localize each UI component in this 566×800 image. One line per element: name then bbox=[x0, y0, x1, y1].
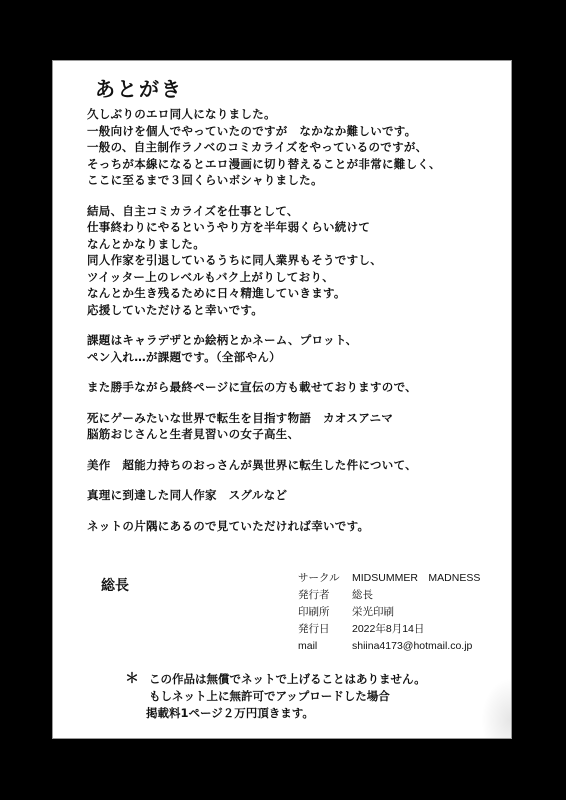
colophon-label: 発行者 bbox=[298, 587, 352, 604]
page-title: あとがき bbox=[95, 76, 183, 102]
notice-indent bbox=[125, 688, 149, 705]
text-line: ネットの片隅にあるので見ていただければ幸いです。 bbox=[87, 518, 507, 535]
afterword-page: あとがき 久しぶりのエロ同人になりました。 一般向けを個人でやっていたのですが … bbox=[52, 60, 512, 739]
paragraph-promo-mimasaka: 美作 超能力持ちのおっさんが異世界に転生した件について、 bbox=[87, 457, 507, 474]
text-line: 課題はキャラデザとか絵柄とかネーム、プロット、 bbox=[87, 332, 507, 349]
colophon-value: 栄光印刷 bbox=[352, 604, 394, 621]
paragraph-promo-suguru: 真理に到達した同人作家 スグルなど bbox=[87, 487, 507, 504]
author-signature: 総長 bbox=[101, 575, 129, 595]
colophon-email: shiina4173@hotmail.co.jp bbox=[352, 638, 472, 655]
notice-line: この作品は無償でネットで上げることはありません。 bbox=[149, 671, 426, 688]
text-line: 一般の、自主制作ラノベのコミカライズをやっているのですが、 bbox=[87, 139, 507, 156]
paragraph-promo-intro: また勝手ながら最終ページに宣伝の方も載せておりますので、 bbox=[87, 379, 507, 396]
paragraph-progress: 結局、自主コミカライズを仕事として、 仕事終わりにやるというやり方を半年弱くらい… bbox=[87, 203, 507, 319]
colophon-row-printer: 印刷所 栄光印刷 bbox=[298, 604, 480, 621]
text-line: 応援していただけると幸いです。 bbox=[87, 302, 507, 319]
text-line: また勝手ながら最終ページに宣伝の方も載せておりますので、 bbox=[87, 379, 507, 396]
text-line: 久しぶりのエロ同人になりました。 bbox=[87, 106, 507, 123]
colophon-value: MIDSUMMER MADNESS bbox=[352, 570, 480, 587]
text-line: 真理に到達した同人作家 スグルなど bbox=[87, 487, 507, 504]
colophon-row-date: 発行日 2022年8月14日 bbox=[298, 621, 480, 638]
paragraph-intro: 久しぶりのエロ同人になりました。 一般向けを個人でやっていたのですが なかなか難… bbox=[87, 106, 507, 189]
page-curl-shadow bbox=[481, 678, 511, 738]
notice-line: 掲載料1ページ２万円頂きます。 bbox=[146, 705, 314, 722]
text-line: 同人作家を引退しているうちに同人業界もそうですし、 bbox=[87, 252, 507, 269]
text-line: ペン入れ…が課題です。（全部やん） bbox=[87, 349, 507, 366]
colophon-row-mail: mail shiina4173@hotmail.co.jp bbox=[298, 638, 480, 655]
text-line: ここに至るまで３回くらいボシャりました。 bbox=[87, 172, 507, 189]
notice-row: 掲載料1ページ２万円頂きます。 bbox=[125, 705, 426, 722]
paragraph-promo-chaos-anima: 死にゲーみたいな世界で転生を目指す物語 カオスアニマ 脳筋おじさんと生者見習いの… bbox=[87, 410, 507, 443]
text-line: 脳筋おじさんと生者見習いの女子高生、 bbox=[87, 426, 507, 443]
paragraph-challenges: 課題はキャラデザとか絵柄とかネーム、プロット、 ペン入れ…が課題です。（全部やん… bbox=[87, 332, 507, 365]
asterisk-icon: ＊ bbox=[125, 671, 149, 688]
paragraph-closing: ネットの片隅にあるので見ていただければ幸いです。 bbox=[87, 518, 507, 535]
notice-row: ＊ この作品は無償でネットで上げることはありません。 bbox=[125, 671, 426, 688]
copyright-notice: ＊ この作品は無償でネットで上げることはありません。 もしネット上に無許可でアッ… bbox=[125, 671, 426, 722]
text-line: 一般向けを個人でやっていたのですが なかなか難しいです。 bbox=[87, 123, 507, 140]
notice-row: もしネット上に無許可でアップロードした場合 bbox=[125, 688, 426, 705]
notice-line: もしネット上に無許可でアップロードした場合 bbox=[149, 688, 390, 705]
text-line: なんとか生き残るために日々精進していきます。 bbox=[87, 285, 507, 302]
text-line: 美作 超能力持ちのおっさんが異世界に転生した件について、 bbox=[87, 457, 507, 474]
text-line: ツイッター上のレベルもバク上がりしており、 bbox=[87, 269, 507, 286]
colophon-label: mail bbox=[298, 638, 352, 655]
text-line: なんとかなりました。 bbox=[87, 236, 507, 253]
colophon-label: サークル bbox=[298, 570, 352, 587]
colophon-label: 印刷所 bbox=[298, 604, 352, 621]
colophon: サークル MIDSUMMER MADNESS 発行者 総長 印刷所 栄光印刷 発… bbox=[298, 570, 480, 655]
text-line: そっちが本線になるとエロ漫画に切り替えることが非常に難しく、 bbox=[87, 156, 507, 173]
colophon-row-publisher: 発行者 総長 bbox=[298, 587, 480, 604]
colophon-row-circle: サークル MIDSUMMER MADNESS bbox=[298, 570, 480, 587]
text-line: 死にゲーみたいな世界で転生を目指す物語 カオスアニマ bbox=[87, 410, 507, 427]
afterword-body: 久しぶりのエロ同人になりました。 一般向けを個人でやっていたのですが なかなか難… bbox=[87, 106, 507, 548]
text-line: 結局、自主コミカライズを仕事として、 bbox=[87, 203, 507, 220]
text-line: 仕事終わりにやるというやり方を半年弱くらい続けて bbox=[87, 219, 507, 236]
colophon-label: 発行日 bbox=[298, 621, 352, 638]
colophon-value: 2022年8月14日 bbox=[352, 621, 424, 638]
colophon-value: 総長 bbox=[352, 587, 373, 604]
